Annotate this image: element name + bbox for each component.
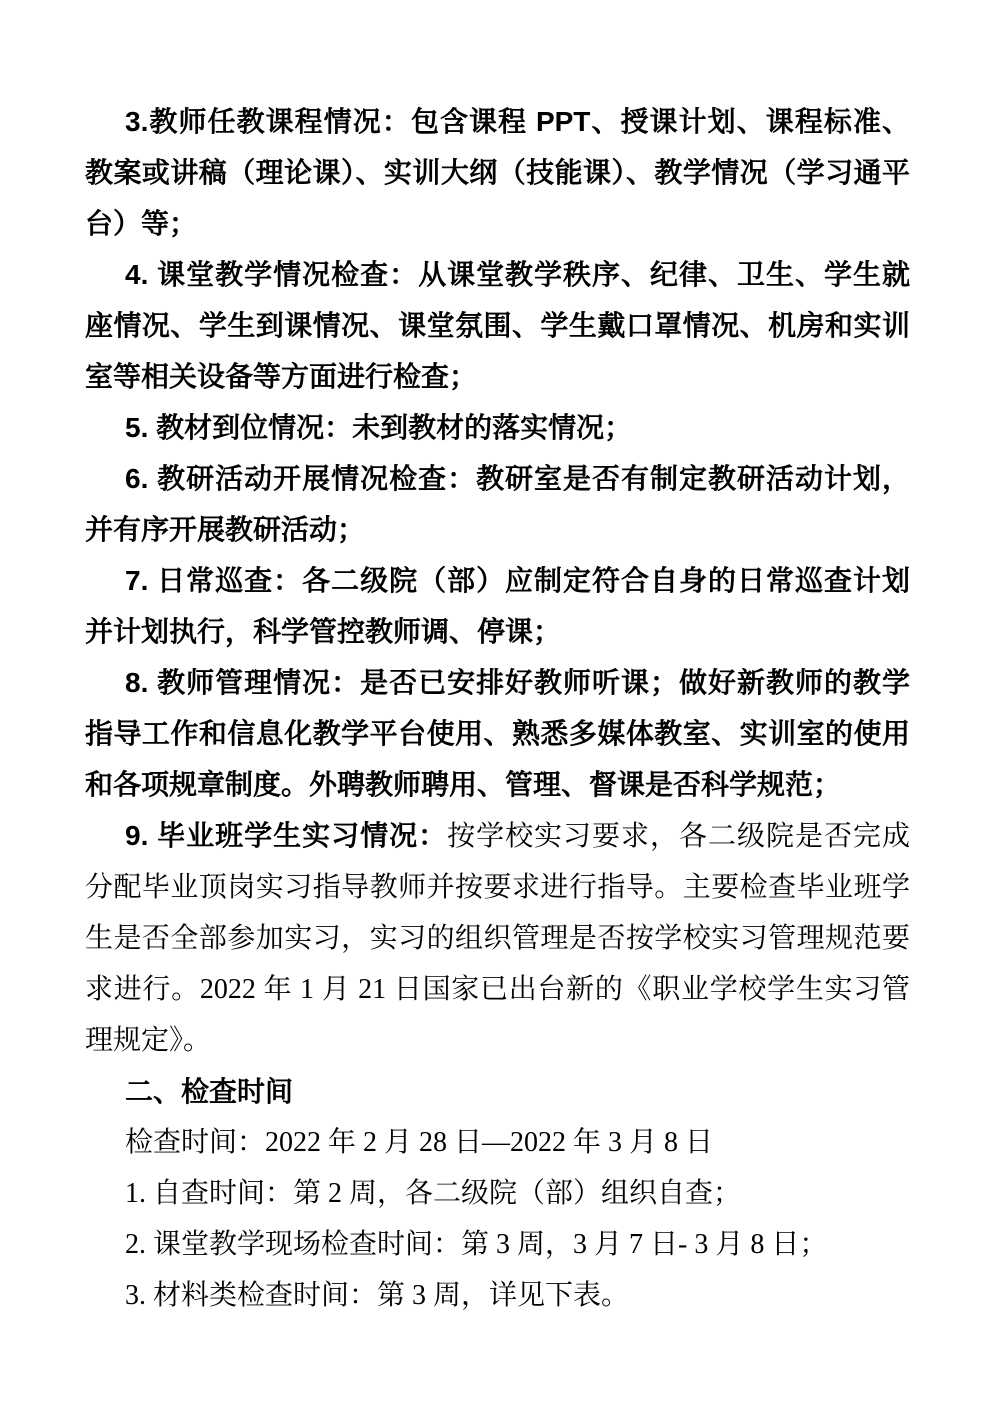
inspection-item-4: 4. 课堂教学情况检查：从课堂教学秩序、纪律、卫生、学生就座情况、学生到课情况、… bbox=[85, 249, 910, 402]
schedule-item-3: 3. 材料类检查时间：第 3 周，详见下表。 bbox=[85, 1270, 910, 1321]
schedule-item-2: 2. 课堂教学现场检查时间：第 3 周，3 月 7 日- 3 月 8 日； bbox=[85, 1219, 910, 1270]
inspection-item-3: 3.教师任教课程情况：包含课程 PPT、授课计划、课程标准、教案或讲稿（理论课）… bbox=[85, 96, 910, 249]
schedule-item-1: 1. 自查时间：第 2 周，各二级院（部）组织自查； bbox=[85, 1168, 910, 1219]
inspection-item-9: 9. 毕业班学生实习情况：按学校实习要求，各二级院是否完成分配毕业顶岗实习指导教… bbox=[85, 810, 910, 1066]
inspection-item-7: 7. 日常巡查：各二级院（部）应制定符合自身的日常巡查计划并计划执行，科学管控教… bbox=[85, 555, 910, 657]
inspection-item-8: 8. 教师管理情况：是否已安排好教师听课；做好新教师的教学指导工作和信息化教学平… bbox=[85, 657, 910, 810]
inspection-item-5: 5. 教材到位情况：未到教材的落实情况； bbox=[85, 402, 910, 453]
document-page: 3.教师任教课程情况：包含课程 PPT、授课计划、课程标准、教案或讲稿（理论课）… bbox=[0, 0, 992, 1403]
inspection-item-9-bold-label: 9. 毕业班学生实习情况： bbox=[125, 820, 447, 851]
schedule-date-range: 检查时间：2022 年 2 月 28 日—2022 年 3 月 8 日 bbox=[85, 1117, 910, 1168]
inspection-item-6: 6. 教研活动开展情况检查：教研室是否有制定教研活动计划，并有序开展教研活动； bbox=[85, 453, 910, 555]
inspection-item-9-body-text: 按学校实习要求，各二级院是否完成分配毕业顶岗实习指导教师并按要求进行指导。主要检… bbox=[85, 821, 910, 1056]
section-heading-inspection-time: 二、检查时间 bbox=[85, 1066, 910, 1117]
